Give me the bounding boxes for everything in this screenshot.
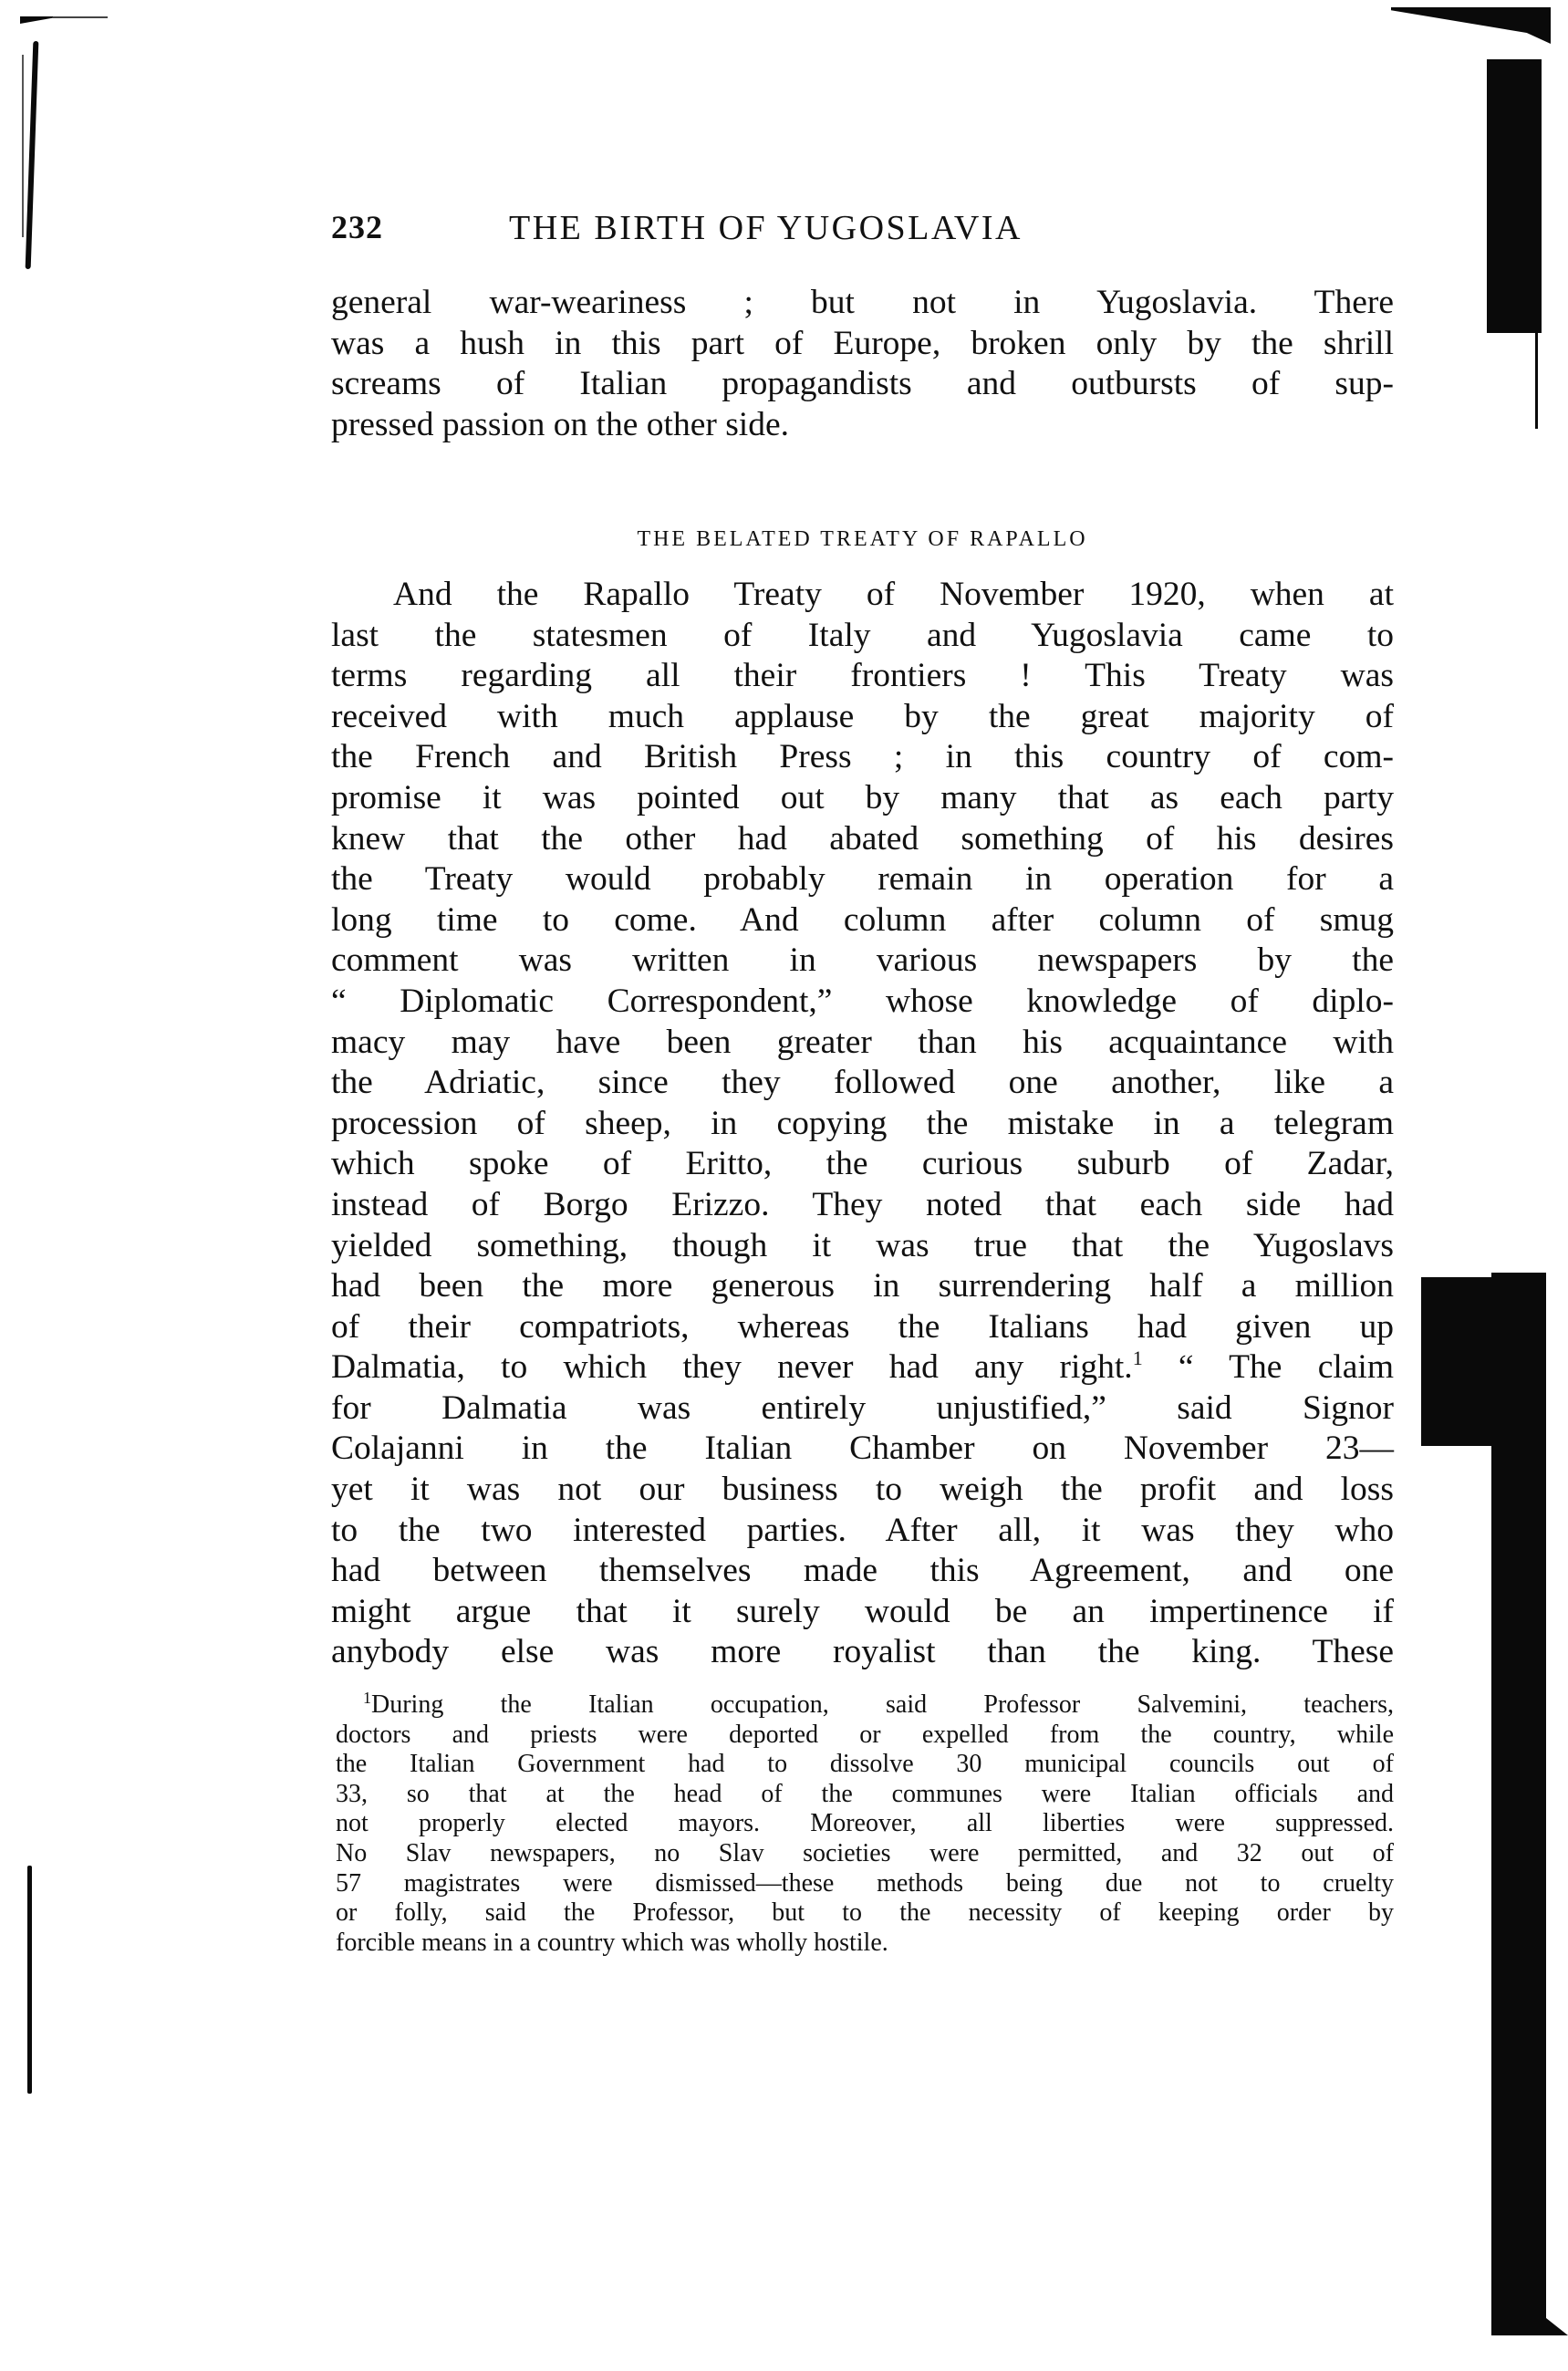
scan-edge-shadow <box>1491 2317 1568 2335</box>
text-line: anybody else was more royalist than the … <box>331 1632 1394 1673</box>
footnote-line: forcible means in a country which was wh… <box>336 1929 1394 1959</box>
footnote: 1During the Italian occupation, said Pro… <box>336 1690 1394 1958</box>
text-line: was a hush in this part of Europe, broke… <box>331 324 1394 365</box>
text-line: promise it was pointed out by many that … <box>331 778 1394 819</box>
text-line: had between themselves made this Agreeme… <box>331 1551 1394 1592</box>
book-title: THE BIRTH OF YUGOSLAVIA <box>509 208 1023 248</box>
footnote-text: During the Italian occupation, said Prof… <box>371 1690 1394 1719</box>
scan-page-curl <box>1391 7 1551 44</box>
scan-binding-shadow <box>26 41 39 269</box>
text-line: which spoke of Eritto, the curious subur… <box>331 1144 1394 1185</box>
footnote-marker: 1 <box>363 1689 371 1707</box>
footnote-reference[interactable]: 1 <box>1133 1347 1143 1369</box>
text-line: the Treaty would probably remain in oper… <box>331 859 1394 900</box>
footnote-line: the Italian Government had to dissolve 3… <box>336 1750 1394 1780</box>
opening-paragraph: general war-weariness ; but not in Yugos… <box>331 283 1394 445</box>
text-line: long time to come. And column after colu… <box>331 900 1394 941</box>
scan-edge-shadow <box>1491 1273 1546 2335</box>
text-line: screams of Italian propagandists and out… <box>331 364 1394 405</box>
text-line: And the Rapallo Treaty of November 1920,… <box>331 575 1394 616</box>
text-line: knew that the other had abated something… <box>331 819 1394 860</box>
text-line: received with much applause by the great… <box>331 697 1394 738</box>
text-line: yielded something, though it was true th… <box>331 1226 1394 1267</box>
scan-edge-shadow <box>1535 328 1538 429</box>
text-line: terms regarding all their frontiers ! Th… <box>331 656 1394 697</box>
text-line: to the two interested parties. After all… <box>331 1511 1394 1552</box>
section-heading: THE BELATED TREATY OF RAPALLO <box>331 527 1394 552</box>
footnote-line: No Slav newspapers, no Slav societies we… <box>336 1839 1394 1869</box>
text-line: instead of Borgo Erizzo. They noted that… <box>331 1185 1394 1226</box>
text-line: might argue that it surely would be an i… <box>331 1592 1394 1633</box>
main-paragraph: And the Rapallo Treaty of November 1920,… <box>331 575 1394 1673</box>
scan-edge-shadow <box>53 16 108 18</box>
scan-edge-shadow <box>20 16 53 24</box>
scan-edge-shadow <box>1487 59 1542 333</box>
footnote-line: not properly elected mayors. Moreover, a… <box>336 1809 1394 1839</box>
text-line: of their compatriots, whereas the Italia… <box>331 1307 1394 1348</box>
text-segment: Dalmatia, to which they never had any ri… <box>331 1348 1133 1386</box>
scan-binding-shadow <box>27 1866 32 2094</box>
text-line: the Adriatic, since they followed one an… <box>331 1063 1394 1104</box>
scan-binding-shadow <box>22 55 24 237</box>
text-line: pressed passion on the other side. <box>331 405 1394 446</box>
text-line: comment was written in various newspaper… <box>331 941 1394 982</box>
footnote-line: 33, so that at the head of the communes … <box>336 1780 1394 1810</box>
text-segment: “ The claim <box>1143 1348 1394 1386</box>
text-line: the French and British Press ; in this c… <box>331 737 1394 778</box>
text-line: Colajanni in the Italian Chamber on Nove… <box>331 1429 1394 1470</box>
footnote-line: 1During the Italian occupation, said Pro… <box>336 1690 1394 1721</box>
text-line: had been the more generous in surrenderi… <box>331 1266 1394 1307</box>
text-line: “ Diplomatic Correspondent,” whose knowl… <box>331 982 1394 1023</box>
page-number: 232 <box>331 208 383 246</box>
footnote-line: 57 magistrates were dismissed—these meth… <box>336 1869 1394 1899</box>
text-line: macy may have been greater than his acqu… <box>331 1023 1394 1064</box>
footnote-line: doctors and priests were deported or exp… <box>336 1721 1394 1751</box>
text-line: for Dalmatia was entirely unjustified,” … <box>331 1388 1394 1430</box>
text-line: general war-weariness ; but not in Yugos… <box>331 283 1394 324</box>
text-line: procession of sheep, in copying the mist… <box>331 1104 1394 1145</box>
footnote-line: or folly, said the Professor, but to the… <box>336 1898 1394 1929</box>
text-line-with-footnote: Dalmatia, to which they never had any ri… <box>331 1347 1394 1388</box>
text-line: yet it was not our business to weigh the… <box>331 1470 1394 1511</box>
running-head: 232 THE BIRTH OF YUGOSLAVIA <box>331 208 1394 254</box>
text-line: last the statesmen of Italy and Yugoslav… <box>331 616 1394 657</box>
